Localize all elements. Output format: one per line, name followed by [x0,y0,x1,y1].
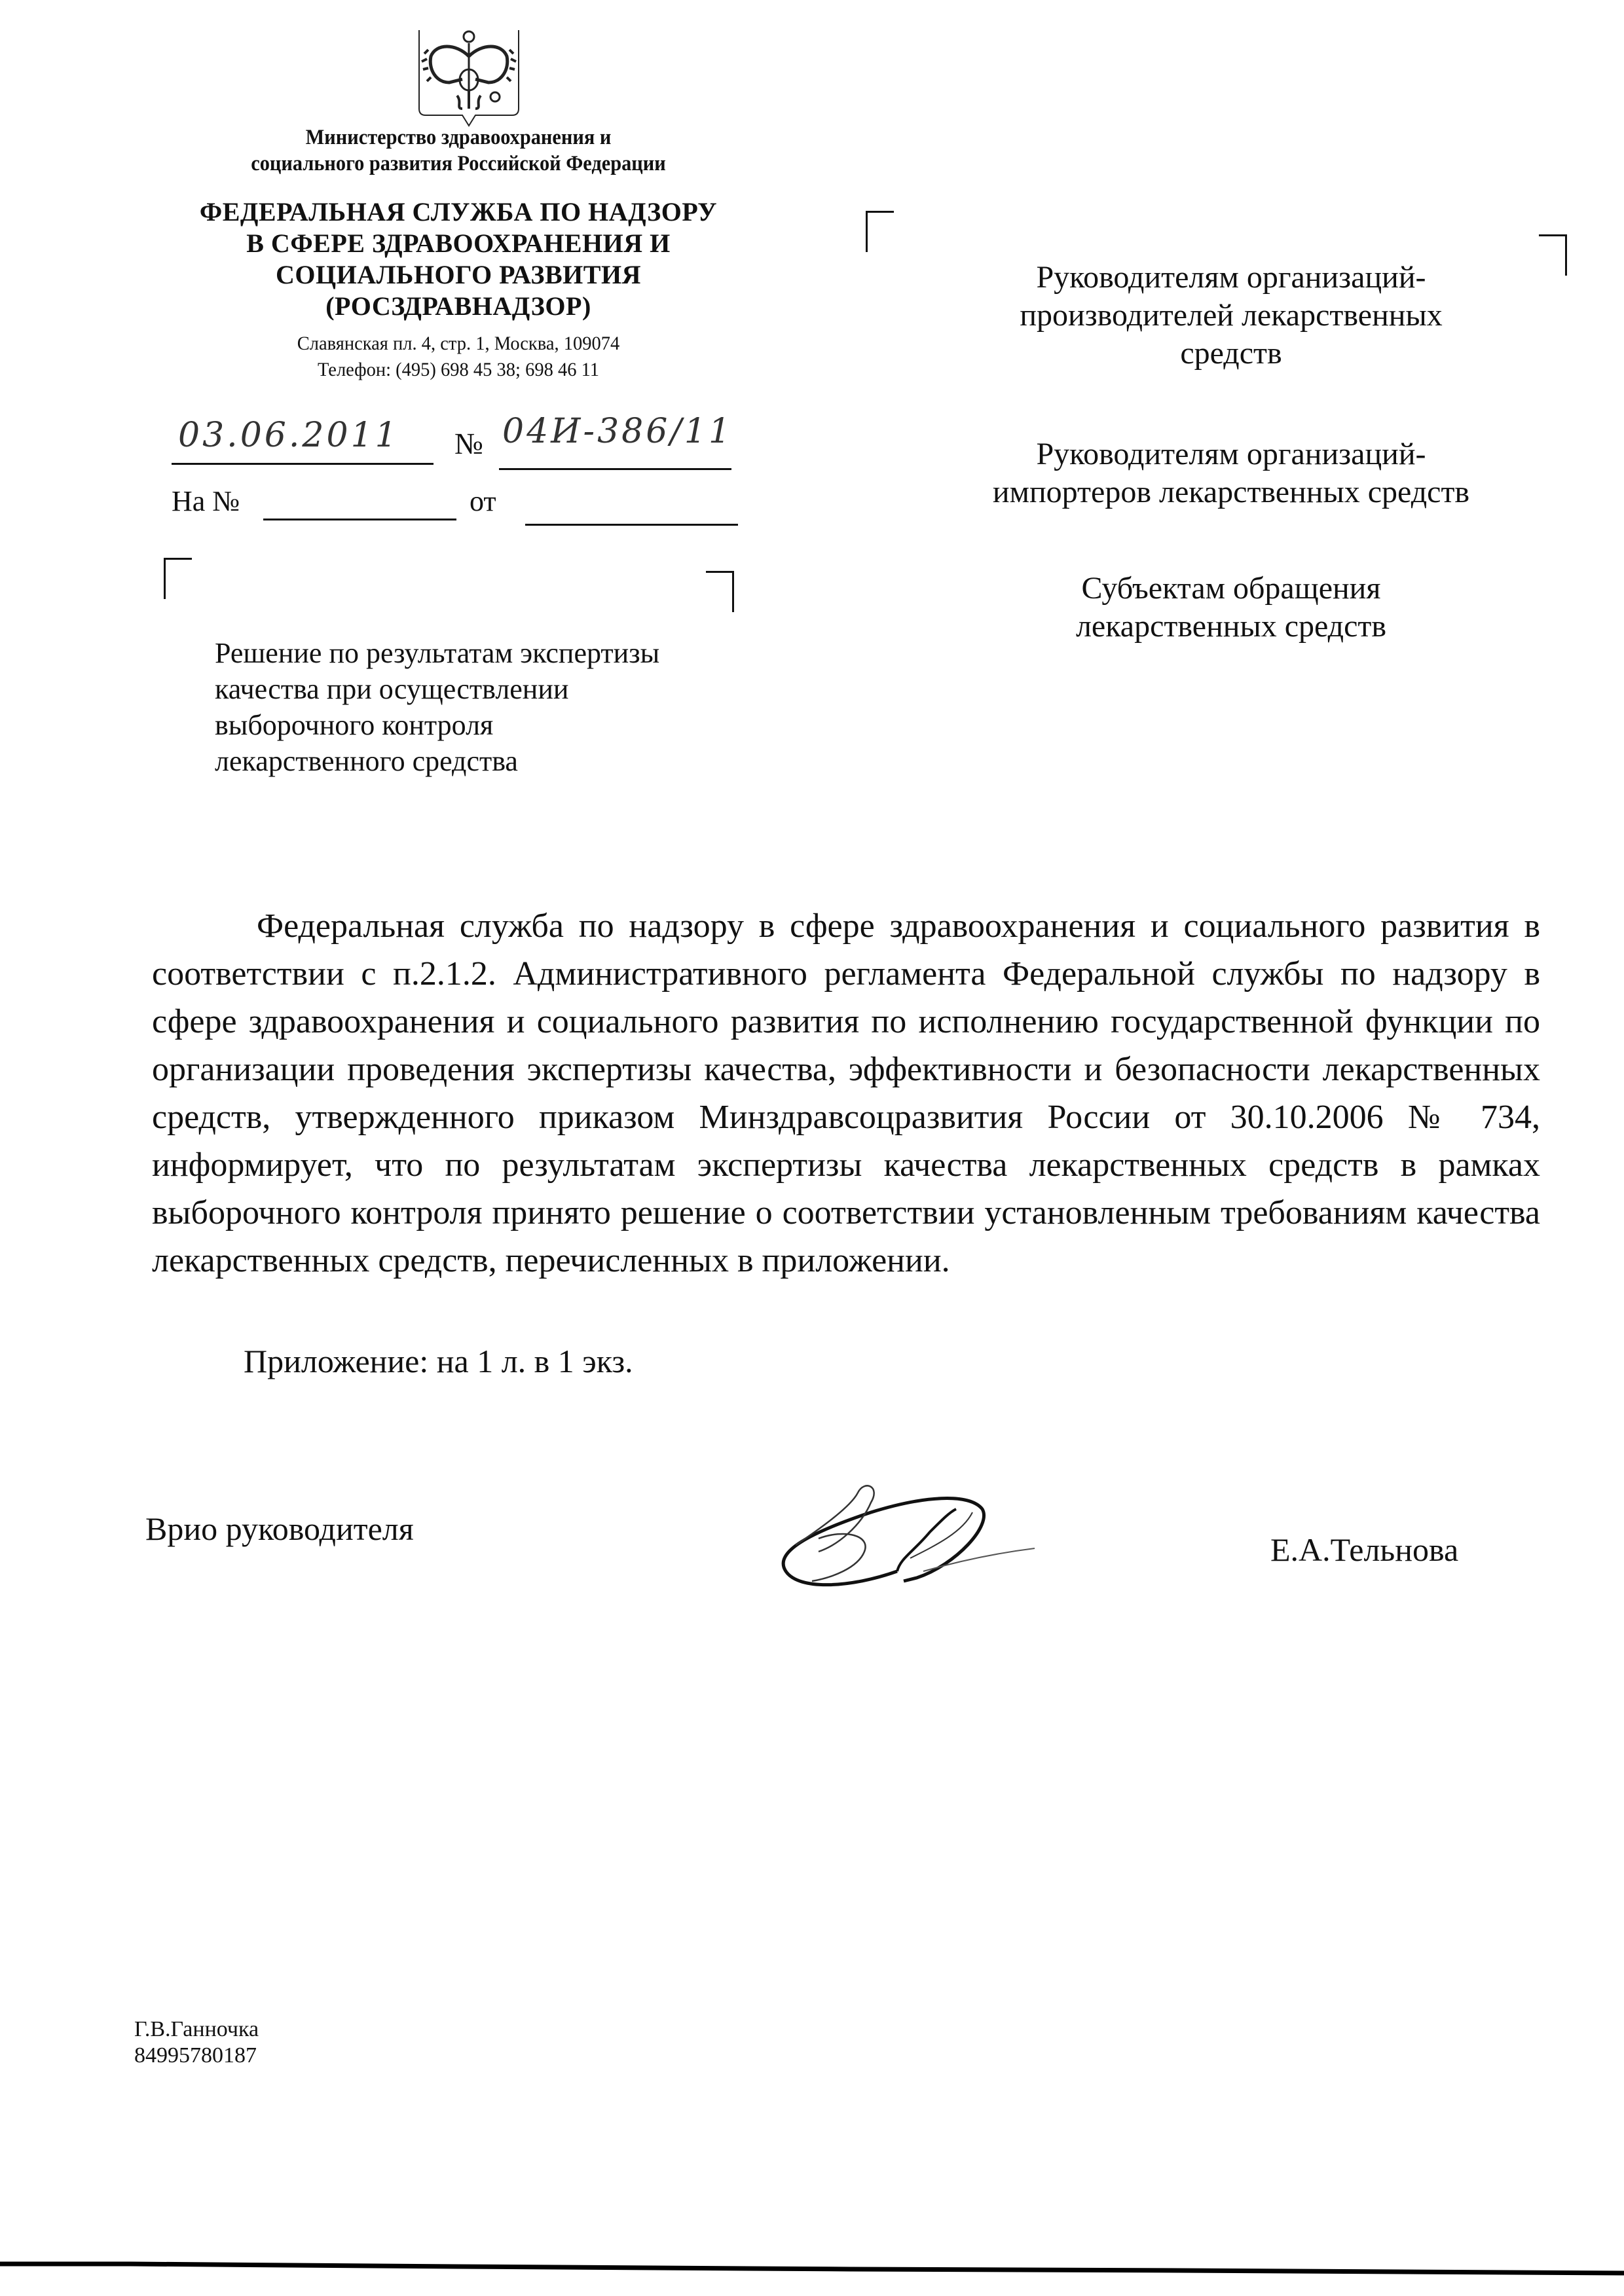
signatory-name: Е.А.Тельнова [1270,1531,1458,1569]
recipient-line: Субъектам обращения [917,570,1545,608]
ministry-name: Министерство здравоохранения и социально… [187,124,729,177]
attachment-note: Приложение: на 1 л. в 1 экз. [244,1342,633,1380]
recipient-block: Руководителям организаций- производителе… [917,259,1545,373]
service-line: СОЦИАЛЬНОГО РАЗВИТИЯ [164,259,753,291]
subject-line: лекарственного средства [215,743,778,779]
subject-line: выборочного контроля [215,707,778,743]
reply-to-label: На № [172,484,240,518]
date-underline [172,463,434,465]
letterhead-contacts: Славянская пл. 4, стр. 1, Москва, 109074… [179,331,739,383]
registration-date: 03.06.2011 [178,416,399,455]
signatory-role: Врио руководителя [145,1510,414,1548]
recipient-block: Субъектам обращения лекарственных средст… [917,570,1545,646]
recipient-line: импортеров лекарственных средств [917,473,1545,511]
number-underline [499,468,731,470]
number-label: № [454,426,483,461]
executor-name: Г.В.Ганночка [134,2016,259,2043]
address: Славянская пл. 4, стр. 1, Москва, 109074 [179,331,739,357]
registration-row: 03.06.2011 № 04И-386/11 [172,416,761,468]
from-label: от [470,484,496,518]
recipient-bracket-left [866,211,894,252]
subject-block: Решение по результатам экспертизы качест… [215,635,778,779]
service-line: (РОСЗДРАВНАДЗОР) [164,291,753,322]
executor-block: Г.В.Ганночка 84995780187 [134,2016,259,2069]
executor-phone: 84995780187 [134,2043,259,2069]
ministry-line: социального развития Российской Федераци… [187,151,729,177]
service-line: В СФЕРЕ ЗДРАВООХРАНЕНИЯ И [164,228,753,259]
handwritten-signature-icon [773,1473,1048,1597]
from-underline [525,524,738,526]
reply-to-underline [263,519,456,520]
reply-reference-row: На № от [172,484,761,530]
subject-bracket-right [706,571,734,612]
recipient-line: производителей лекарственных [917,297,1545,335]
recipient-block: Руководителям организаций- импортеров ле… [917,435,1545,511]
registration-number: 04И-386/11 [502,412,733,451]
body-paragraph: Федеральная служба по надзору в сфере зд… [152,902,1540,1285]
service-name: ФЕДЕРАЛЬНАЯ СЛУЖБА ПО НАДЗОРУ В СФЕРЕ ЗД… [164,196,753,322]
subject-bracket-left [164,558,192,599]
subject-line: качества при осуществлении [215,671,778,707]
recipient-line: Руководителям организаций- [917,435,1545,473]
service-line: ФЕДЕРАЛЬНАЯ СЛУЖБА ПО НАДЗОРУ [164,196,753,228]
recipient-line: лекарственных средств [917,608,1545,646]
ministry-line: Министерство здравоохранения и [187,124,729,151]
scan-edge-line [0,2260,1624,2280]
phone: Телефон: (495) 698 45 38; 698 46 11 [179,357,739,383]
coat-of-arms-icon [416,17,521,128]
recipient-line: средств [917,335,1545,373]
recipient-line: Руководителям организаций- [917,259,1545,297]
subject-line: Решение по результатам экспертизы [215,635,778,671]
